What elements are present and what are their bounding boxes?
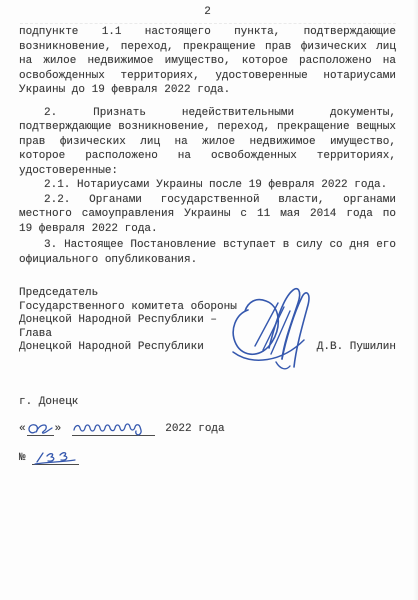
- scan-edge-shade: [413, 0, 418, 600]
- paragraph-3: 3. Настоящее Постановление вступает в си…: [19, 238, 396, 267]
- text-line: 19 февраля 2022 года.: [19, 222, 396, 237]
- text-line: 3. Настоящее Постановление вступает в си…: [19, 238, 396, 253]
- text-line: удостоверенные:: [19, 164, 396, 179]
- text-line: освобожденных территориях, удостоверенны…: [19, 69, 396, 84]
- text-line: подпункте 1.1 настоящего пункта, подтвер…: [19, 25, 396, 40]
- text-line: возникновение, переход, прекращение прав…: [19, 40, 396, 55]
- handwritten-day: [27, 421, 54, 436]
- signer-title-line: Глава: [19, 328, 396, 342]
- text-line: на жилое недвижимое имущество, которое р…: [19, 54, 396, 69]
- text-line: которое расположено на освобожденных тер…: [19, 149, 396, 164]
- signer-title-line: Председатель: [19, 287, 396, 301]
- date-line: « » 2022 года: [19, 421, 396, 436]
- number-label: №: [19, 451, 26, 465]
- signer-title-line: Донецкой Народной Республики –: [19, 314, 396, 328]
- text-line: подтверждающие возникновение, переход, п…: [19, 120, 396, 135]
- signer-name-row: Донецкой Народной Республики Д.В. Пушили…: [19, 341, 396, 355]
- document-page: 2 подпункте 1.1 настоящего пункта, подтв…: [0, 0, 418, 600]
- text-line: 2. Признать недействительными документы,: [19, 106, 396, 121]
- page-content: 2 подпункте 1.1 настоящего пункта, подтв…: [0, 0, 418, 465]
- text-line: прав физических лиц на жилое недвижимое …: [19, 135, 396, 150]
- scan-artifact-line: [20, 23, 396, 24]
- open-quote: «: [19, 422, 26, 436]
- page-number: 2: [19, 5, 396, 19]
- close-quote: »: [55, 422, 62, 436]
- number-line: №: [19, 450, 396, 465]
- text-line: официального опубликования.: [19, 253, 396, 268]
- city-line: г. Донецк: [19, 395, 396, 409]
- text-line: местного самоуправления Украины с 11 мая…: [19, 207, 396, 222]
- paragraph-2-2: 2.2. Органами государственной власти, ор…: [19, 193, 396, 237]
- text-line: Украины до 19 февраля 2022 года.: [19, 83, 396, 98]
- paragraph-2: 2. Признать недействительными документы,…: [19, 106, 396, 179]
- year-text: 2022 года: [165, 422, 224, 436]
- paragraph-2-1: 2.1. Нотариусами Украины после 19 феврал…: [19, 178, 396, 193]
- signer-title-line: Государственного комитета обороны: [19, 301, 396, 315]
- signer-title-line: Донецкой Народной Республики: [19, 341, 204, 355]
- text-line: 2.2. Органами государственной власти, ор…: [19, 193, 396, 208]
- signature-block: Председатель Государственного комитета о…: [19, 287, 396, 355]
- signer-name: Д.В. Пушилин: [317, 341, 396, 355]
- text-line: 2.1. Нотариусами Украины после 19 феврал…: [19, 178, 396, 193]
- handwritten-number: [32, 450, 79, 465]
- paragraph-1: подпункте 1.1 настоящего пункта, подтвер…: [19, 25, 396, 98]
- handwritten-month: [72, 421, 155, 436]
